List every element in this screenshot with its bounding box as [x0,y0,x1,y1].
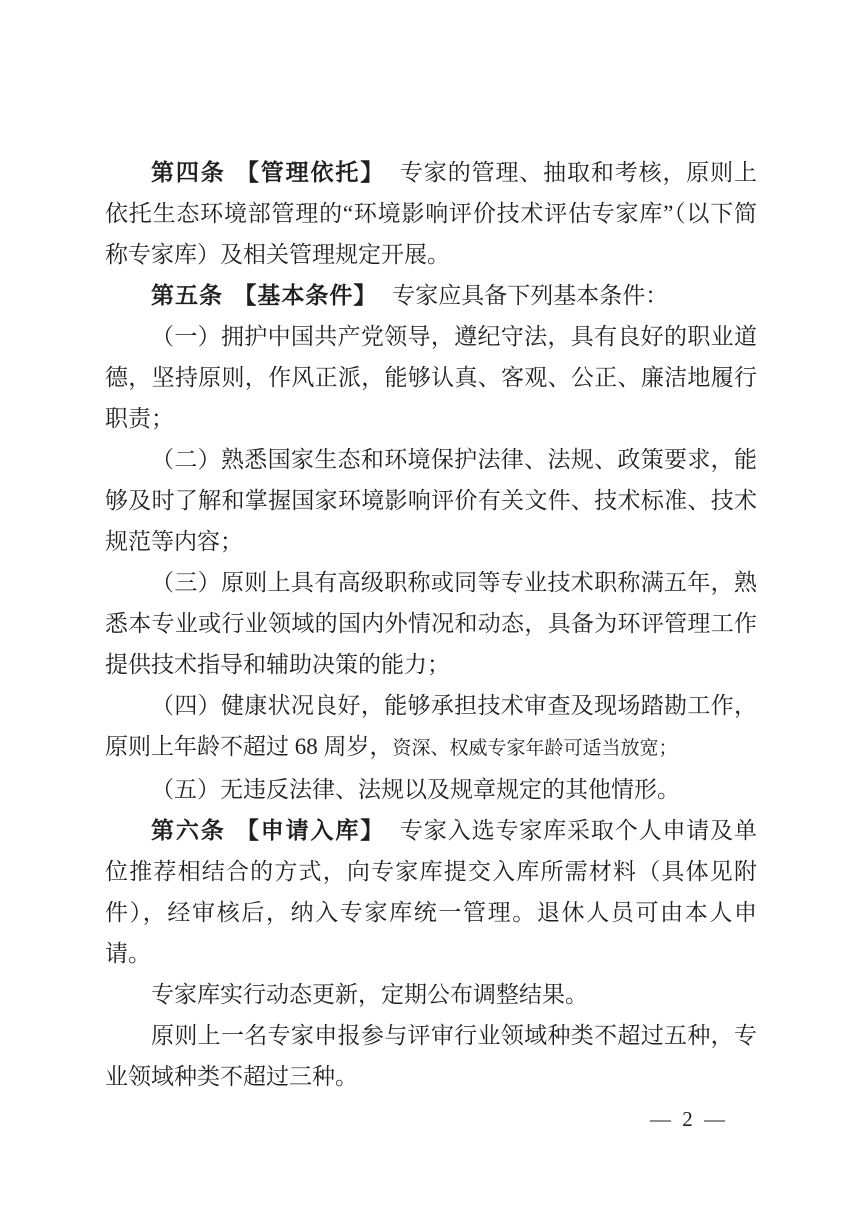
article-number: 第五条 [151,282,223,308]
paragraph-text: 原则上一名专家申报参与评审行业领域种类不超过五种，专业领域种类不超过三种。 [105,1023,757,1089]
paragraph-text: 专家库实行动态更新，定期公布调整结果。 [151,982,588,1007]
paragraph-item-5: （五）无违反法律、法规以及规章规定的其他情形。 [105,769,757,810]
paragraph-item-4: （四）健康状况良好，能够承担技术审查及现场踏勘工作，原则上年龄不超过 68 周岁… [105,685,757,769]
paragraph-item-3: （三）原则上具有高级职称或同等专业技术职称满五年，熟悉本专业或行业领域的国内外情… [105,562,757,685]
article-title: 【基本条件】 [233,282,377,308]
document-body: 第四条【管理依托】专家的管理、抽取和考核，原则上依托生态环境部管理的“环境影响评… [105,152,757,1097]
document-page: 第四条【管理依托】专家的管理、抽取和考核，原则上依托生态环境部管理的“环境影响评… [0,0,868,1227]
paragraph-article-4: 第四条【管理依托】专家的管理、抽取和考核，原则上依托生态环境部管理的“环境影响评… [105,152,757,275]
paragraph-article-6: 第六条【申请入库】专家入选专家库采取个人申请及单位推荐相结合的方式，向专家库提交… [105,810,757,974]
paragraph-item-1: （一）拥护中国共产党领导，遵纪守法，具有良好的职业道德，坚持原则，作风正派，能够… [105,316,757,439]
article-title: 【申请入库】 [236,817,385,843]
article-number: 第四条 [151,159,226,185]
article-text: 专家应具备下列基本条件： [392,283,668,308]
item-text: （二）熟悉国家生态和环境保护法律、法规、政策要求，能够及时了解和掌握国家环境影响… [105,447,757,554]
paragraph-category-limit: 原则上一名专家申报参与评审行业领域种类不超过五种，专业领域种类不超过三种。 [105,1015,757,1097]
item-text-small-note: 资深、权威专家年龄可适当放宽； [393,738,678,759]
article-title: 【管理依托】 [236,159,385,185]
article-number: 第六条 [151,817,226,843]
page-number: — 2 — [650,1104,740,1134]
paragraph-article-5: 第五条【基本条件】专家应具备下列基本条件： [105,275,757,316]
item-text: （三）原则上具有高级职称或同等专业技术职称满五年，熟悉本专业或行业领域的国内外情… [105,570,757,677]
paragraph-item-2: （二）熟悉国家生态和环境保护法律、法规、政策要求，能够及时了解和掌握国家环境影响… [105,439,757,562]
item-text: （五）无违反法律、法规以及规章规定的其他情形。 [151,777,680,802]
paragraph-dynamic-update: 专家库实行动态更新，定期公布调整结果。 [105,974,757,1015]
item-text: （一）拥护中国共产党领导，遵纪守法，具有良好的职业道德，坚持原则，作风正派，能够… [105,324,757,431]
